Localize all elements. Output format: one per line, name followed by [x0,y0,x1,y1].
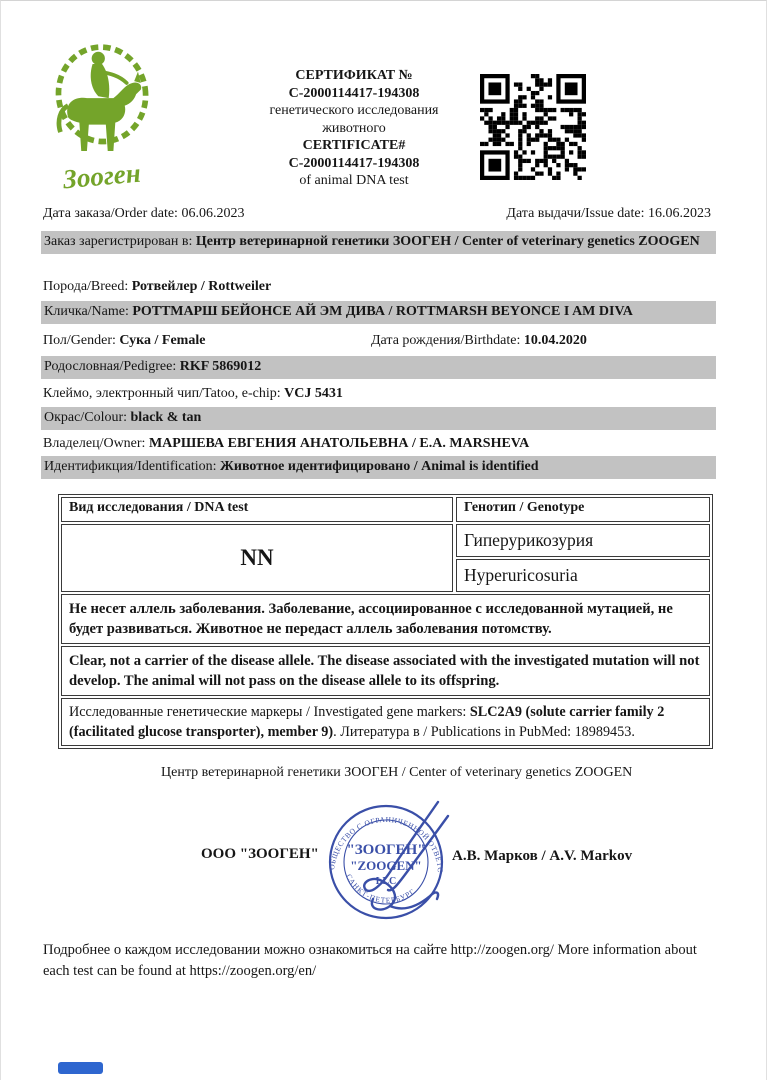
result-description-ru: Не несет аллель заболевания. Заболевание… [61,594,710,644]
field-birthdate: Дата рождения/Birthdate: 10.04.2020 [371,332,587,350]
genotype-value: NN [61,524,453,592]
order-date: Дата заказа/Order date: 06.06.2023 [43,206,244,221]
field-registered: Заказ зарегистрирован в: Центр ветеринар… [41,231,716,254]
dates-row: Дата заказа/Order date: 06.06.2023 Дата … [43,206,713,222]
certificate-page: Зооген СЕРТИФИКАТ № С-2000114417-194308 … [0,0,767,1080]
certificate-title: СЕРТИФИКАТ № С-2000114417-194308 генетич… [219,67,489,190]
table-header-genotype: Генотип / Genotype [456,497,710,522]
result-description-en: Clear, not a carrier of the disease alle… [61,646,710,696]
company-name: ООО "ЗООГЕН" [201,846,319,863]
signer-name: А.В. Марков / A.V. Markov [452,848,632,865]
certificate-number-ru: С-2000114417-194308 [219,85,489,103]
center-name-line: Центр ветеринарной генетики ЗООГЕН / Cen… [161,765,713,781]
title-line: животного [219,120,489,138]
qr-code [480,74,586,180]
gene-markers: Исследованные генетические маркеры / Inv… [61,698,710,746]
field-pedigree: Родословная/Pedigree: RKF 5869012 [41,356,716,379]
field-gender-birthdate: Пол/Gender: Сука / Female Дата рождения/… [43,332,715,350]
zoogen-logo: Зооген [51,37,155,199]
field-colour: Окрас/Colour: black & tan [41,407,716,430]
title-line: генетического исследования [219,102,489,120]
test-name-en: Hyperuricosuria [456,559,710,592]
footer-note: Подробнее о каждом исследовании можно оз… [43,940,719,982]
title-line-en: of animal DNA test [219,172,489,190]
field-breed: Порода/Breed: Ротвейлер / Rottweiler [43,278,715,296]
field-chip: Клеймо, электронный чип/Tatoo, e-chip: V… [43,385,715,403]
field-owner: Владелец/Owner: МАРШЕВА ЕВГЕНИЯ АНАТОЛЬЕ… [43,435,715,453]
company-stamp: ОБЩЕСТВО С ОГРАНИЧЕННОЙ ОТВЕТСТВЕННОСТЬЮ… [316,796,462,928]
issue-date: Дата выдачи/Issue date: 16.06.2023 [506,206,711,222]
svg-text:"ЗООГЕН": "ЗООГЕН" [346,842,425,858]
table-header-test: Вид исследования / DNA test [61,497,453,522]
test-name-ru: Гиперурикозурия [456,524,710,557]
title-line: СЕРТИФИКАТ № [219,67,489,85]
stamp-and-signature: ОБЩЕСТВО С ОГРАНИЧЕННОЙ ОТВЕТСТВЕННОСТЬЮ… [316,796,462,928]
certificate-number-en: C-2000114417-194308 [219,155,489,173]
field-identification: Идентификция/Identification: Животное ид… [41,456,716,479]
field-name: Кличка/Name: РОТТМАРШ БЕЙОНСЕ АЙ ЭМ ДИВА… [41,301,716,324]
title-line-en: CERTIFICATE# [219,137,489,155]
scroll-indicator-bar[interactable] [58,1062,103,1074]
dna-test-table: Вид исследования / DNA test Генотип / Ge… [58,494,713,749]
